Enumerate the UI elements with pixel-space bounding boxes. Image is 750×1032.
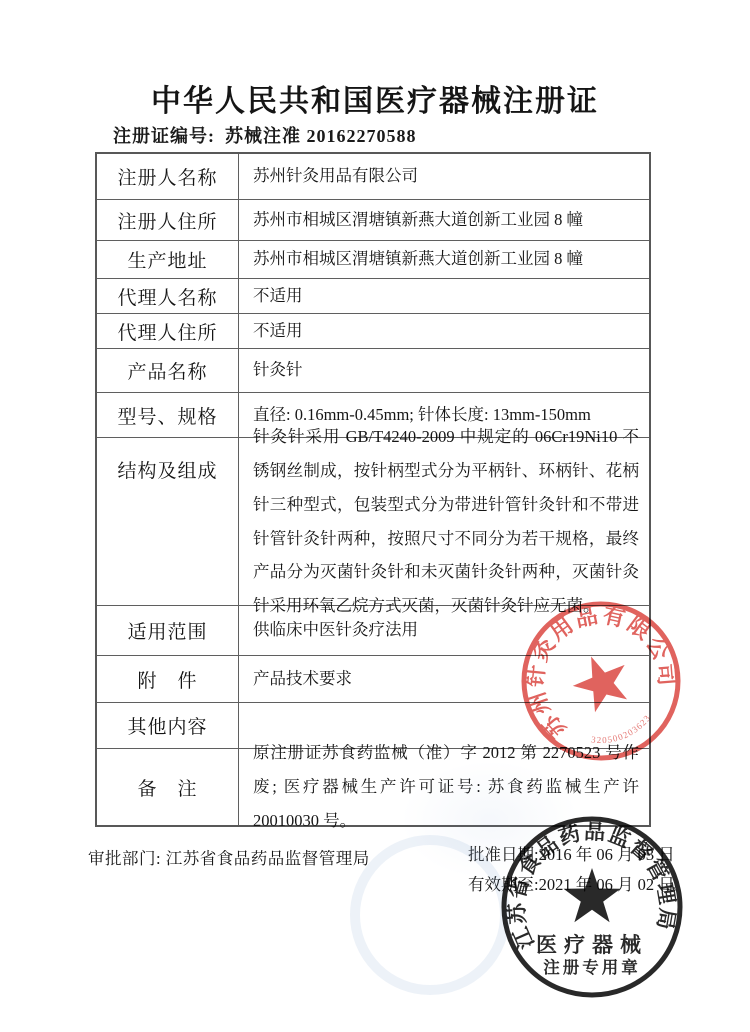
approval-date-value: 2016 年 06 月 03 日 xyxy=(539,845,675,864)
registry-seal-line2: 注册专用章 xyxy=(543,957,641,977)
table-row: 结构及组成 针灸针采用 GB/T4240-2009 中规定的 06Cr19Ni1… xyxy=(97,438,649,606)
row-label: 生产地址 xyxy=(97,241,239,278)
approval-date: 批准日期:2016 年 06 月 03 日 xyxy=(468,841,675,865)
row-label: 型号、规格 xyxy=(97,393,239,437)
table-row: 代理人住所 不适用 xyxy=(97,314,649,349)
table-row: 产品名称 针灸针 xyxy=(97,349,649,393)
row-value: 苏州市相城区渭塘镇新燕大道创新工业园 8 幢 xyxy=(239,241,649,278)
row-label: 附 件 xyxy=(97,656,239,702)
row-value: 苏州市相城区渭塘镇新燕大道创新工业园 8 幢 xyxy=(239,200,649,240)
row-label: 其他内容 xyxy=(97,703,239,748)
certificate-page: 中华人民共和国医疗器械注册证 注册证编号:苏械注准 20162270588 注册… xyxy=(0,0,750,1032)
table-row: 生产地址 苏州市相城区渭塘镇新燕大道创新工业园 8 幢 xyxy=(97,241,649,279)
table-row: 适用范围 供临床中医针灸疗法用 xyxy=(97,606,649,656)
row-value: 产品技术要求 xyxy=(239,656,649,702)
valid-until: 有效期至:2021 年 06 月 02 日 xyxy=(468,871,675,895)
registration-number-value: 苏械注准 20162270588 xyxy=(225,126,417,146)
table-row: 注册人名称 苏州针灸用品有限公司 xyxy=(97,154,649,200)
registration-number-label: 注册证编号: xyxy=(113,126,215,146)
row-value: 原注册证苏食药监械（准）字 2012 第 2270523 号作废; 医疗器械生产… xyxy=(239,749,649,825)
row-label: 代理人住所 xyxy=(97,314,239,348)
approval-department-label: 审批部门: xyxy=(88,849,161,868)
row-value: 苏州针灸用品有限公司 xyxy=(239,154,649,199)
approval-department: 审批部门: 江苏省食品药品监督管理局 xyxy=(88,845,370,869)
table-row: 附 件 产品技术要求 xyxy=(97,656,649,703)
row-label: 注册人名称 xyxy=(97,154,239,199)
row-label: 备 注 xyxy=(97,749,239,825)
row-label: 注册人住所 xyxy=(97,200,239,240)
row-value: 不适用 xyxy=(239,279,649,313)
row-value: 供临床中医针灸疗法用 xyxy=(239,606,649,655)
row-value: 不适用 xyxy=(239,314,649,348)
registry-seal-line1: 医疗器械 xyxy=(536,933,648,957)
page-title: 中华人民共和国医疗器械注册证 xyxy=(0,76,750,120)
table-row: 备 注 原注册证苏食药监械（准）字 2012 第 2270523 号作废; 医疗… xyxy=(97,749,649,825)
row-label: 产品名称 xyxy=(97,349,239,392)
valid-until-label: 有效期至: xyxy=(468,875,539,894)
registration-number: 注册证编号:苏械注准 20162270588 xyxy=(113,122,417,148)
table-row: 注册人住所 苏州市相城区渭塘镇新燕大道创新工业园 8 幢 xyxy=(97,200,649,241)
info-table: 注册人名称 苏州针灸用品有限公司 注册人住所 苏州市相城区渭塘镇新燕大道创新工业… xyxy=(95,152,651,827)
approval-department-value: 江苏省食品药品监督管理局 xyxy=(166,849,370,868)
table-row: 代理人名称 不适用 xyxy=(97,279,649,314)
row-label: 结构及组成 xyxy=(97,438,239,605)
approval-date-label: 批准日期: xyxy=(468,845,539,864)
row-label: 代理人名称 xyxy=(97,279,239,313)
row-label: 适用范围 xyxy=(97,606,239,655)
valid-until-value: 2021 年 06 月 02 日 xyxy=(539,875,675,894)
row-value: 针灸针采用 GB/T4240-2009 中规定的 06Cr19Ni10 不锈钢丝… xyxy=(239,438,649,605)
row-value: 针灸针 xyxy=(239,349,649,392)
